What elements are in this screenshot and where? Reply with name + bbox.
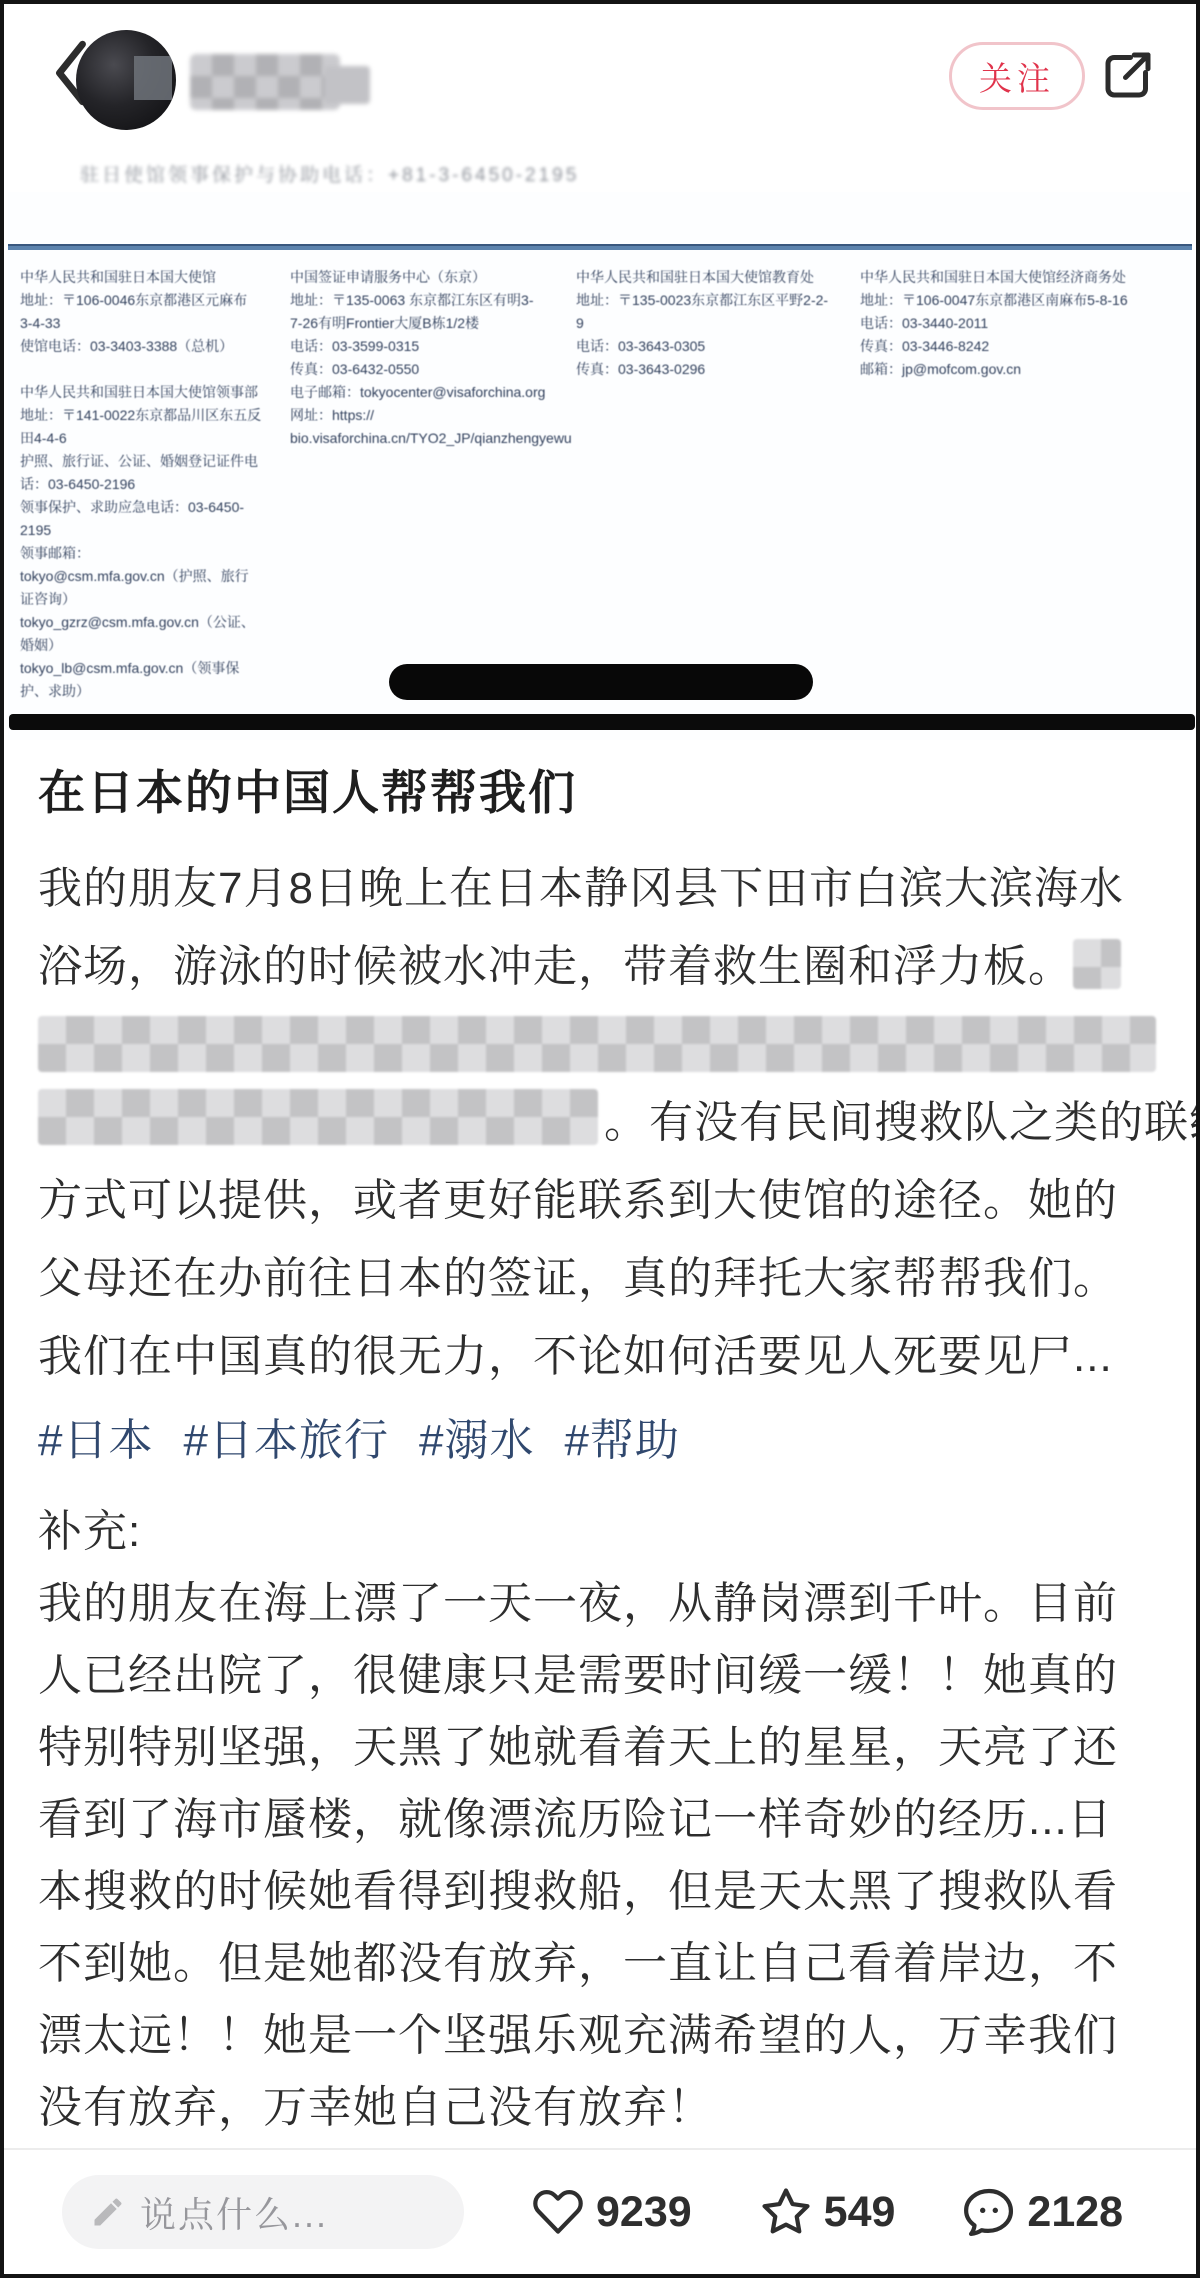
embassy-text-line: tokyo_gzrz@csm.mfa.gov.cn（公证、: [20, 611, 282, 634]
embassy-text-line: 地址：〒106-0046东京都港区元麻布: [20, 289, 282, 312]
embassy-text-line: 使馆电话：03-3403-3388（总机）: [20, 335, 282, 358]
supplement-line: 看到了海市蜃楼，就像漂流历险记一样奇妙的经历...日: [38, 1784, 1178, 1856]
heart-icon: [530, 2184, 586, 2240]
embassy-text-line: tokyo@csm.mfa.gov.cn（护照、旅行: [20, 565, 282, 588]
hashtag-link[interactable]: #日本旅行: [183, 1416, 388, 1465]
body-text-line: 我的朋友7月8日晚上在日本静冈县下田市白滨大滨海水: [38, 864, 1124, 913]
embassy-text-line: 电话：03-3599-0315: [290, 335, 572, 358]
username-redacted: [190, 54, 340, 110]
supplement-line: 我的朋友在海上漂了一天一夜，从静岗漂到千叶。目前: [38, 1568, 1178, 1640]
embassy-text-line: 9: [576, 312, 856, 335]
embassy-text-line: 3-4-33: [20, 312, 282, 335]
supplement-line: 特别特别坚强，天黑了她就看着天上的星星，天亮了还: [38, 1712, 1178, 1784]
share-button[interactable]: [1098, 44, 1158, 106]
embassy-text-line: 传真：03-3643-0296: [576, 358, 856, 381]
username-redacted-2: [324, 66, 370, 104]
embassy-text-line: 护照、旅行证、公证、婚姻登记证件电: [20, 450, 282, 473]
embassy-text-line: 证咨询）: [20, 588, 282, 611]
supplement-line: 没有放弃，万幸她自己没有放弃！: [38, 2072, 1178, 2144]
embassy-text-line: 电话：03-3643-0305: [576, 335, 856, 358]
embassy-text-line: 传真：03-3446-8242: [860, 335, 1160, 358]
body-text-line: 父母还在办前往日本的签证，真的拜托大家帮帮我们。: [38, 1254, 1118, 1303]
embassy-info-image[interactable]: 中华人民共和国驻日本国大使馆地址：〒106-0046东京都港区元麻布3-4-33…: [8, 192, 1192, 740]
supplement-line: 人已经出院了，很健康只是需要时间缓一缓！！她真的: [38, 1640, 1178, 1712]
collect-button[interactable]: 549: [758, 2184, 896, 2240]
comment-input[interactable]: 说点什么...: [62, 2175, 464, 2249]
embassy-text-line: 领事保护、求助应急电话：03-6450-: [20, 496, 282, 519]
embassy-text-line: 地址：〒135-0063 东京都江东区有明3-: [290, 289, 572, 312]
embassy-text-line: 地址：〒135-0023东京都江东区平野2-2-: [576, 289, 856, 312]
supplement-section: 补充: 我的朋友在海上漂了一天一夜，从静岗漂到千叶。目前人已经出院了，很健康只是…: [38, 1496, 1178, 2144]
hashtag-link[interactable]: #帮助: [564, 1416, 679, 1465]
embassy-text-line: 邮箱：jp@mofcom.gov.cn: [860, 358, 1160, 381]
embassy-column-3: 中华人民共和国驻日本国大使馆教育处地址：〒135-0023东京都江东区平野2-2…: [576, 266, 856, 703]
screenshot-frame: 关注 驻日使馆领事保护与协助电话：+81-3-6450-2195 中华人民共和国…: [0, 0, 1200, 2278]
embassy-text-line: bio.visaforchina.cn/TYO2_JP/qianzhengyew…: [290, 427, 572, 450]
post-body: 我的朋友7月8日晚上在日本静冈县下田市白滨大滨海水 浴场，游泳的时候被水冲走，带…: [38, 850, 1178, 1480]
embassy-text-line: 话：03-6450-2196: [20, 473, 282, 496]
embassy-text-line: 网址：https://: [290, 404, 572, 427]
embassy-text-line: 护、求助）: [20, 680, 282, 703]
body-line-redacted: [38, 1006, 1178, 1084]
body-line: 父母还在办前往日本的签证，真的拜托大家帮帮我们。: [38, 1240, 1178, 1318]
embassy-text-line: 7-26有明Frontier大厦B栋1/2楼: [290, 312, 572, 335]
embassy-text-line: 中国签证申请服务中心（东京）: [290, 266, 572, 289]
body-text-line: 我们在中国真的很无力，不论如何活要见人死要见尸...: [38, 1332, 1113, 1381]
supplement-line: 不到她。但是她都没有放弃，一直让自己看着岸边，不: [38, 1928, 1178, 2000]
hashtag-link[interactable]: #日本: [38, 1416, 153, 1465]
comment-button[interactable]: 2128: [961, 2184, 1123, 2240]
redacted-block: [38, 1089, 598, 1145]
card-divider: [8, 244, 1192, 250]
embassy-text-line: 地址：〒141-0022东京都品川区东五反: [20, 404, 282, 427]
supplement-line: 本搜救的时候她看得到搜救船，但是天太黑了搜救队看: [38, 1856, 1178, 1928]
embassy-text-line: [20, 358, 282, 381]
follow-button[interactable]: 关注: [949, 42, 1085, 110]
pencil-icon: [90, 2194, 126, 2230]
bottom-action-bar: 说点什么... 9239 549 2128: [4, 2148, 1196, 2274]
embassy-text-line: 电话：03-3440-2011: [860, 312, 1160, 335]
body-text-line: 方式可以提供，或者更好能联系到大使馆的途径。她的: [38, 1176, 1118, 1225]
supplement-line: 漂太远！！她是一个坚强乐观充满希望的人，万幸我们: [38, 2000, 1178, 2072]
comment-bubble-icon: [961, 2184, 1017, 2240]
body-line: 方式可以提供，或者更好能联系到大使馆的途径。她的: [38, 1162, 1178, 1240]
body-line: 。有没有民间搜救队之类的联络: [38, 1084, 1178, 1162]
hashtag-row: #日本#日本旅行#溺水#帮助: [38, 1402, 1178, 1480]
body-text-line: 。有没有民间搜救队之类的联络: [604, 1098, 1200, 1147]
supplement-lines: 我的朋友在海上漂了一天一夜，从静岗漂到千叶。目前人已经出院了，很健康只是需要时间…: [38, 1568, 1178, 2144]
redacted-block: [1073, 939, 1121, 989]
body-line: 我的朋友7月8日晚上在日本静冈县下田市白滨大滨海水: [38, 850, 1178, 928]
black-redaction-pill: [389, 664, 813, 700]
comment-count: 2128: [1027, 2188, 1123, 2237]
embassy-text-line: 田4-4-6: [20, 427, 282, 450]
like-count: 9239: [596, 2188, 692, 2237]
collect-count: 549: [824, 2188, 896, 2237]
avatar-redaction: [134, 56, 172, 100]
embassy-column-2: 中国签证申请服务中心（东京）地址：〒135-0063 东京都江东区有明3-7-2…: [290, 266, 572, 703]
embassy-text-line: 婚姻）: [20, 634, 282, 657]
share-icon: [1098, 44, 1158, 106]
image-bottom-black-bar: [9, 714, 1195, 730]
embassy-text-line: 2195: [20, 519, 282, 542]
embassy-text-line: 电子邮箱：tokyocenter@visaforchina.org: [290, 381, 572, 404]
post-title: 在日本的中国人帮帮我们: [38, 756, 577, 823]
hashtag-link[interactable]: #溺水: [419, 1416, 534, 1465]
embassy-text-line: 中华人民共和国驻日本国大使馆: [20, 266, 282, 289]
redacted-line: [38, 1016, 1156, 1072]
top-bar: 关注: [4, 4, 1196, 144]
embassy-text-line: 中华人民共和国驻日本国大使馆领事部: [20, 381, 282, 404]
embassy-text-line: 中华人民共和国驻日本国大使馆经济商务处: [860, 266, 1160, 289]
body-line: 浴场，游泳的时候被水冲走，带着救生圈和浮力板。: [38, 928, 1178, 1006]
embassy-text-line: 领事邮箱：: [20, 542, 282, 565]
embassy-text-line: 地址：〒106-0047东京都港区南麻布5-8-16: [860, 289, 1160, 312]
faint-hotline-text: 驻日使馆领事保护与协助电话：+81-3-6450-2195: [80, 160, 1130, 187]
embassy-column-1: 中华人民共和国驻日本国大使馆地址：〒106-0046东京都港区元麻布3-4-33…: [20, 266, 282, 703]
embassy-column-4: 中华人民共和国驻日本国大使馆经济商务处地址：〒106-0047东京都港区南麻布5…: [860, 266, 1160, 703]
body-text-line: 浴场，游泳的时候被水冲走，带着救生圈和浮力板。: [38, 942, 1073, 991]
embassy-text-line: 传真：03-6432-0550: [290, 358, 572, 381]
like-button[interactable]: 9239: [530, 2184, 692, 2240]
supplement-heading: 补充:: [38, 1496, 1178, 1568]
star-icon: [758, 2184, 814, 2240]
embassy-text-line: 中华人民共和国驻日本国大使馆教育处: [576, 266, 856, 289]
avatar[interactable]: [76, 30, 176, 130]
embassy-columns: 中华人民共和国驻日本国大使馆地址：〒106-0046东京都港区元麻布3-4-33…: [20, 266, 1184, 703]
comment-placeholder: 说点什么...: [140, 2187, 328, 2238]
body-line: 我们在中国真的很无力，不论如何活要见人死要见尸...: [38, 1318, 1178, 1396]
embassy-text-line: tokyo_lb@csm.mfa.gov.cn（领事保: [20, 657, 282, 680]
